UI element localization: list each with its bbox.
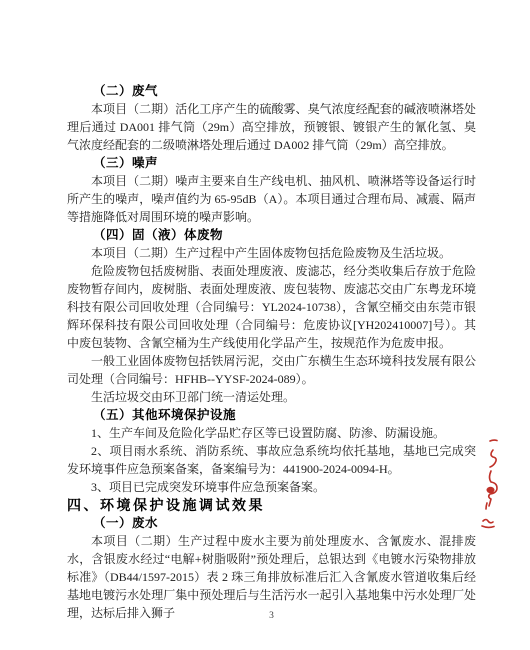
red-ink-stroke: [486, 503, 487, 509]
red-ink-stroke: [490, 440, 497, 441]
para-domestic-garbage: 生活垃圾交由环卫部门统一清运处理。: [67, 388, 476, 406]
heading-wastewater: （一）废水: [93, 514, 476, 532]
para-waste-gas: 本项目（二期）活化工序产生的硫酸雾、臭气浓度经配套的碱液喷淋塔处理后通过 DA0…: [67, 100, 476, 154]
red-ink-stroke: [490, 450, 496, 467]
para-general-industrial-waste: 一般工业固体废物包括铁屑污泥，交由广东横生生态环境科技发展有限公司处理（合同编号…: [67, 352, 476, 388]
document-page: （二）废气 本项目（二期）活化工序产生的硫酸雾、臭气浓度经配套的碱液喷淋塔处理后…: [0, 0, 530, 650]
para-hazardous-waste: 危险废物包括废树脂、表面处理废液、废滤芯，经分类收集后存放于危险废物暂存间内，废…: [67, 262, 476, 352]
document-content: （二）废气 本项目（二期）活化工序产生的硫酸雾、臭气浓度经配套的碱液喷淋塔处理后…: [67, 82, 476, 622]
para-item-3-emergency-plan: 3、项目已完成突发环境事件应急预案备案。: [67, 478, 476, 496]
chapter-heading-debugging-results: 四、环境保护设施调试效果: [67, 496, 476, 514]
para-item-1-anticorrosion: 1、生产车间及危险化学品贮存区等已设置防腐、防渗、防漏设施。: [67, 424, 476, 442]
heading-other-protection-facilities: （五）其他环境保护设施: [93, 406, 476, 424]
page-number: 3: [67, 611, 476, 621]
heading-solid-liquid-waste: （四）固（液）体废物: [93, 226, 476, 244]
red-ink-blob: [487, 487, 495, 493]
para-noise: 本项目（二期）噪声主要来自生产线电机、抽风机、喷淋塔等设备运行时所产生的噪声，噪…: [67, 172, 476, 226]
para-solid-waste-overview: 本项目（二期）生产过程中产生固体废物包括危险废物及生活垃圾。: [67, 244, 476, 262]
para-item-2-emergency-filing: 2、项目雨水系统、消防系统、事故应急系统均依托基地，基地已完成突发环境事件应急预…: [67, 442, 476, 478]
heading-waste-gas: （二）废气: [93, 82, 476, 100]
red-ink-stroke: [483, 520, 493, 523]
red-ink-annotation: [478, 433, 530, 543]
heading-noise: （三）噪声: [93, 154, 476, 172]
red-ink-stroke: [482, 526, 494, 527]
para-wastewater: 本项目（二期）生产过程中废水主要为前处理废水、含氰废水、混排废水，含银废水经过“…: [67, 532, 476, 622]
